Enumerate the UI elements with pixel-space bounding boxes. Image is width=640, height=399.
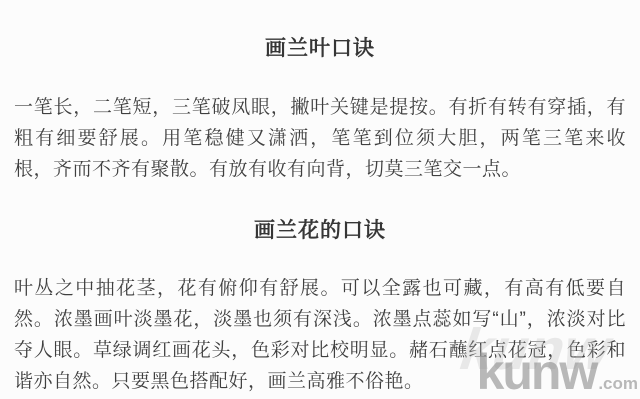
paragraph-orchid-flower: 叶丛之中抽花茎，花有俯仰有舒展。可以全露也可藏，有高有低要自 然。浓墨画叶淡墨花… [14, 273, 626, 397]
text-line: 谐亦自然。只要黑色搭配好，画兰高雅不俗艳。 [14, 366, 626, 397]
section-title-orchid-flower: 画兰花的口诀 [0, 214, 640, 244]
document-page: 画兰叶口诀 一笔长，二笔短，三笔破凤眼，撇叶关键是提按。有折有转有穿插，有 粗有… [0, 0, 640, 399]
text-line: 叶丛之中抽花茎，花有俯仰有舒展。可以全露也可藏，有高有低要自 [14, 273, 626, 304]
section-title-orchid-leaf: 画兰叶口诀 [0, 32, 640, 62]
text-line: 一笔长，二笔短，三笔破凤眼，撇叶关键是提按。有折有转有穿插，有 [14, 92, 626, 123]
text-line: 夺人眼。草绿调红画花头，色彩对比校明显。赭石蘸红点花冠，色彩和 [14, 335, 626, 366]
text-line: 然。浓墨画叶淡墨花，淡墨也须有深浅。浓墨点蕊如写“山”，浓淡对比 [14, 304, 626, 335]
text-line: 根，齐而不齐有聚散。有放有收有向背，切莫三笔交一点。 [14, 154, 626, 185]
text-line: 粗有细要舒展。用笔稳健又潇洒，笔笔到位须大胆，两笔三笔来收 [14, 123, 626, 154]
paragraph-orchid-leaf: 一笔长，二笔短，三笔破凤眼，撇叶关键是提按。有折有转有穿插，有 粗有细要舒展。用… [14, 92, 626, 185]
